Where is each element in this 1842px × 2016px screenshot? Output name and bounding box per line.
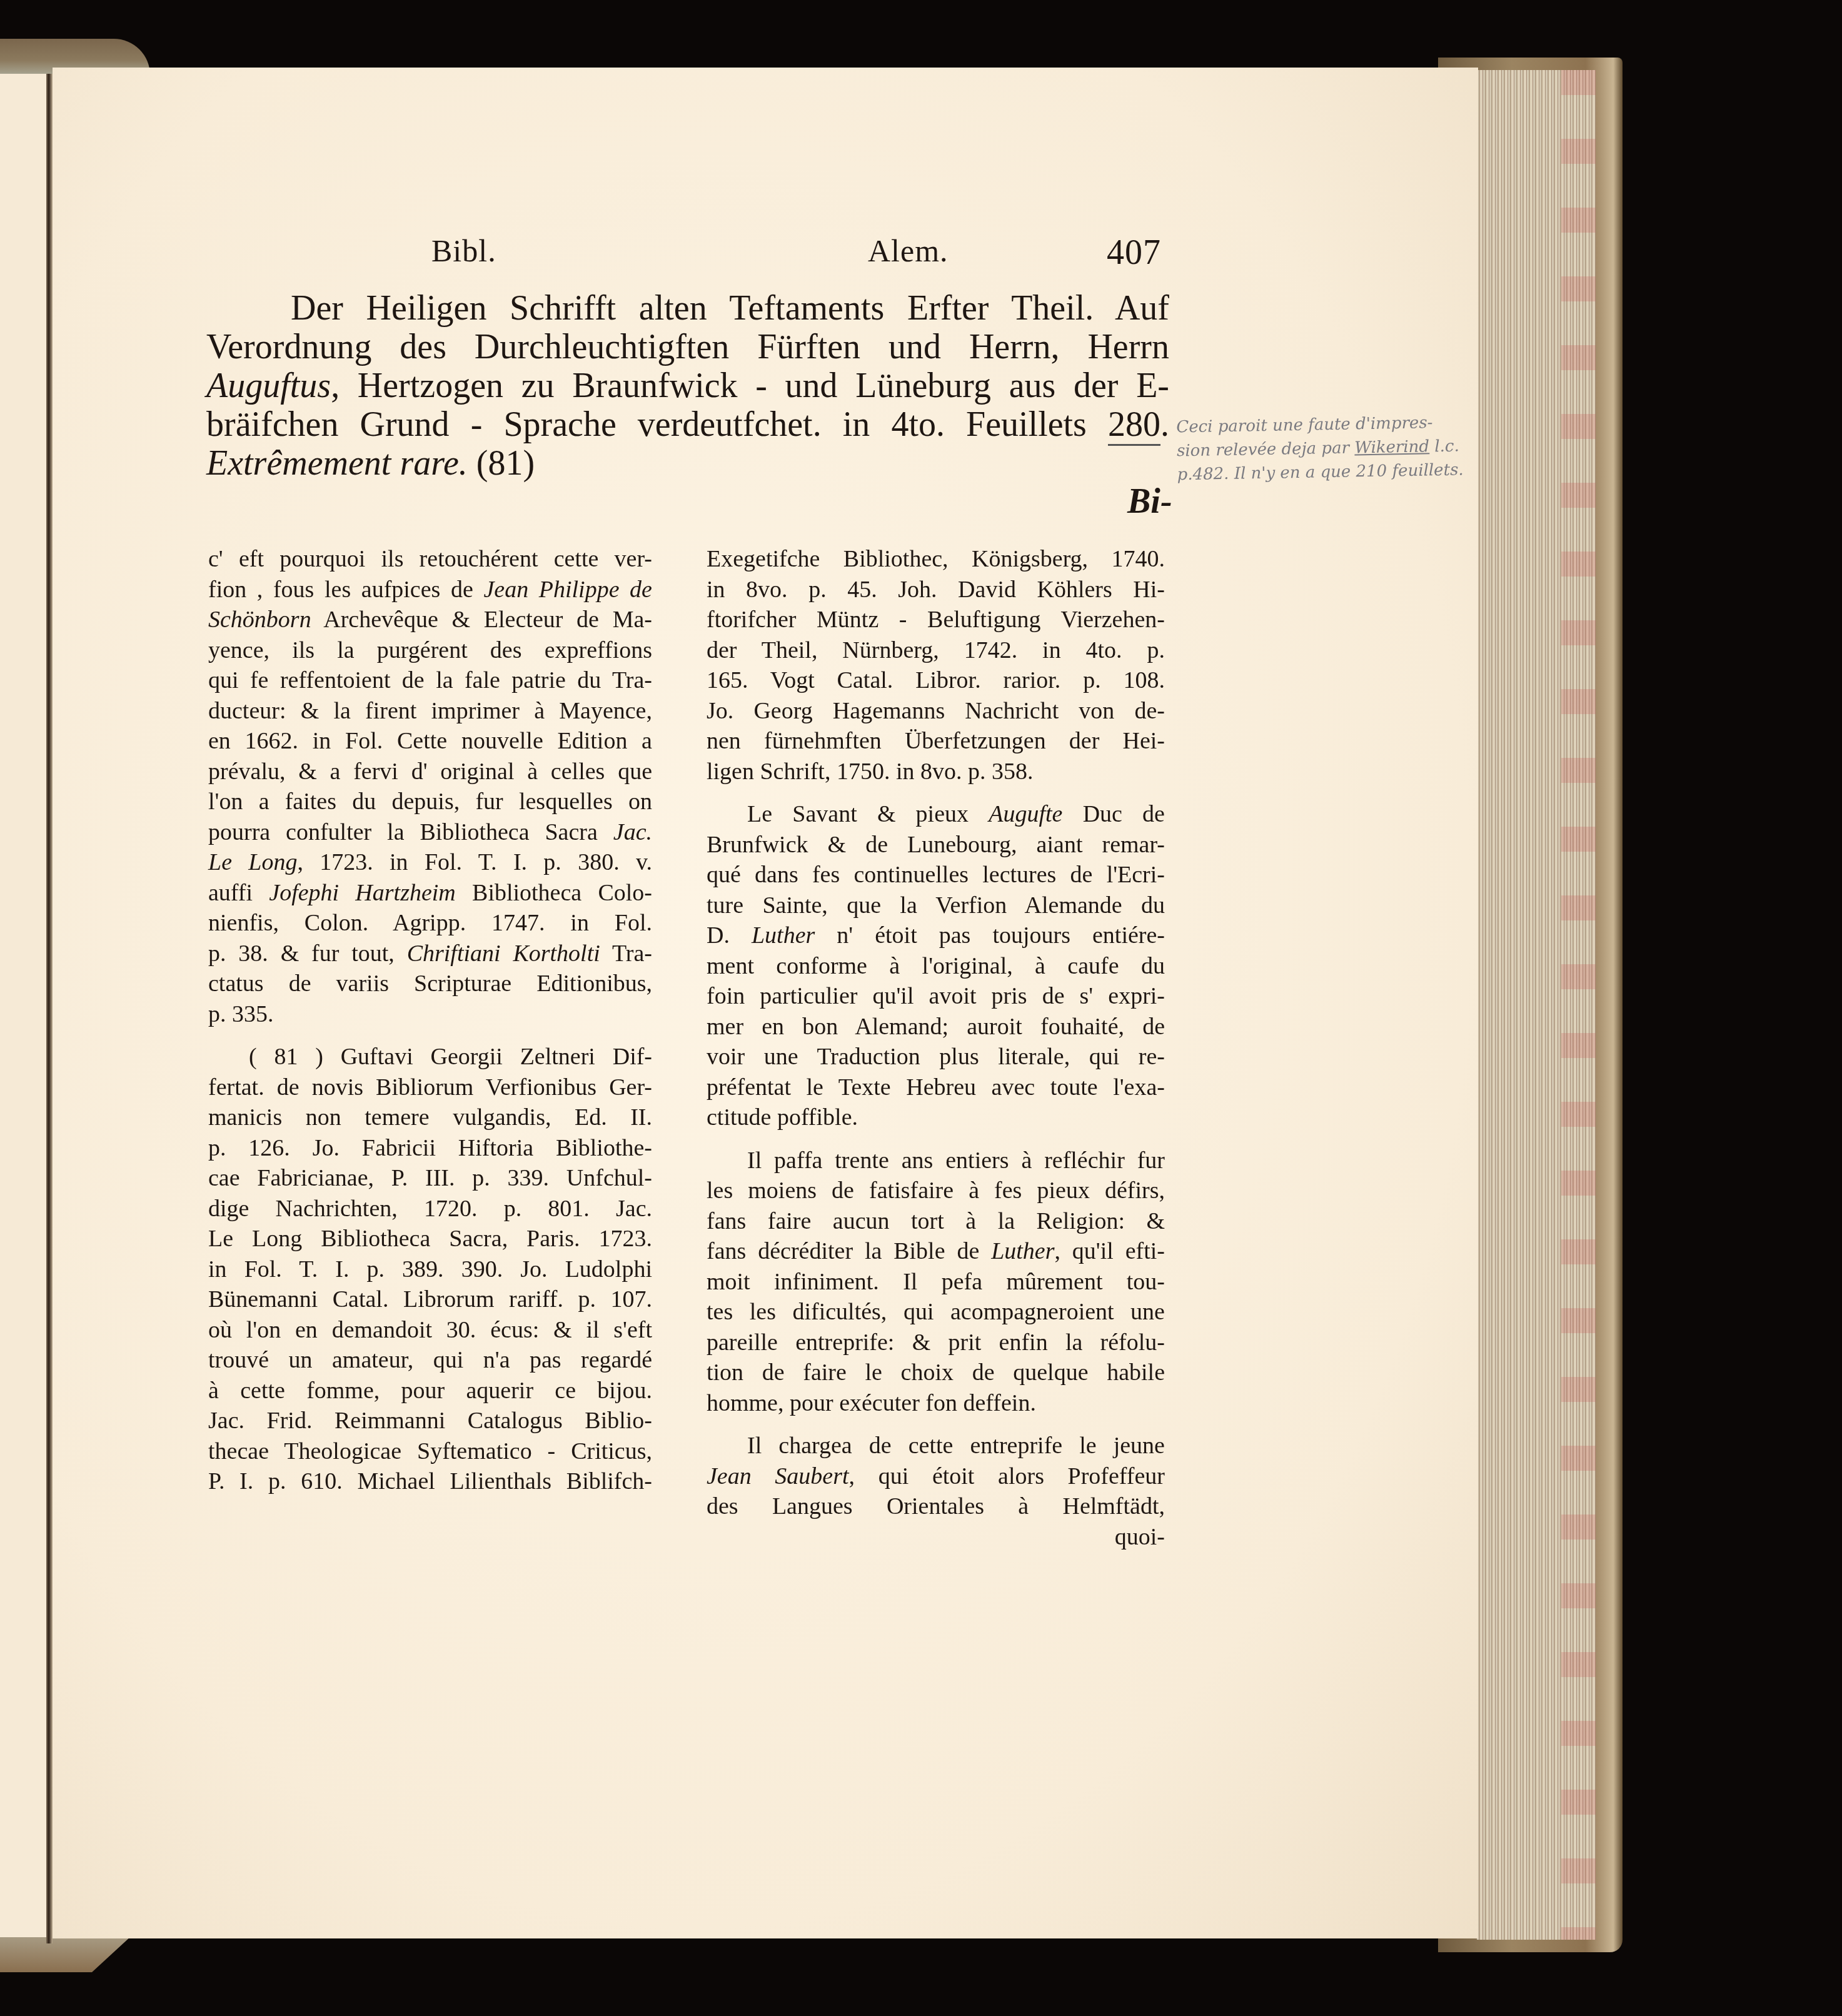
text-line: qué dans fes continuelles lectures de l'…	[707, 860, 1165, 890]
text: Archevêque & Electeur de Ma-	[311, 607, 652, 633]
text-line: fion , fous les aufpices de Jean Philipp…	[208, 575, 652, 605]
text-line: ctatus de variis Scripturae Editionibus,	[208, 969, 652, 999]
text: , qu'il efti-	[1055, 1238, 1165, 1264]
italic-name: Jac.	[613, 819, 652, 845]
footnote-line: Le Long Bibliotheca Sacra, Paris. 1723.	[208, 1224, 652, 1254]
title-italic-name: Auguftus	[206, 366, 331, 405]
text-line: qui fe reffentoient de la fale patrie du…	[208, 665, 652, 696]
text-line: ctitude poffible.	[707, 1102, 1165, 1133]
paragraph-auguste: Le Savant & pieux Augufte Duc de Brunfwi…	[707, 799, 1165, 1133]
text-line: yence, ils la purgérent des expreffions	[208, 635, 652, 666]
bibliographic-entry-title: Der Heiligen Schrifft alten Teftaments E…	[206, 289, 1169, 483]
text-line: ducteur: & la firent imprimer à Mayence,	[208, 696, 652, 727]
text-line: mer en bon Alemand; auroit fouhaité, de	[707, 1012, 1165, 1042]
underlined-leaf-count: 280	[1108, 405, 1160, 446]
text-line: homme, pour exécuter fon deffein.	[707, 1388, 1165, 1419]
text-line: prévalu, & a fervi d' original à celles …	[208, 757, 652, 787]
footnote-line: Jo. Georg Hagemanns Nachricht von de-	[707, 696, 1165, 727]
page-fore-edge	[1477, 70, 1596, 1940]
italic-name: Schönborn	[208, 607, 311, 633]
title-line: bräifchen Grund - Sprache verdeutfchet. …	[206, 405, 1169, 444]
title-line: Verordnung des Durchleuchtigften Fürften…	[206, 328, 1169, 366]
text: p. 38. & fur tout,	[208, 940, 407, 967]
text-line: en 1662. in Fol. Cette nouvelle Edition …	[208, 726, 652, 757]
text-line: auffi Jofephi Hartzheim Bibliotheca Colo…	[208, 878, 652, 909]
italic-name: Luther	[991, 1238, 1054, 1264]
text-line: Jean Saubert, qui étoit alors Profeffeur	[707, 1461, 1165, 1492]
footnote-line: fertat. de novis Bibliorum Verfionibus G…	[208, 1072, 652, 1103]
text-line: Brunfwick & de Lunebourg, aiant remar-	[707, 830, 1165, 860]
footnote-line: ( 81 ) Guftavi Georgii Zeltneri Dif-	[208, 1042, 652, 1072]
footnote-line: p. 126. Jo. Fabricii Hiftoria Bibliothe-	[208, 1133, 652, 1164]
note-underlined-name: Wikerind	[1354, 437, 1429, 457]
text-line: Le Savant & pieux Augufte Duc de	[707, 799, 1165, 830]
catchword-bottom: quoi-	[707, 1522, 1165, 1553]
title-text: .	[1160, 405, 1169, 444]
title-line: Der Heiligen Schrifft alten Teftaments E…	[206, 289, 1169, 328]
footnote-line: der Theil, Nürnberg, 1742. in 4to. p.	[707, 635, 1165, 666]
italic-name: Jean Philippe de	[483, 577, 652, 603]
italic-name: Chriftiani Kortholti	[407, 940, 600, 967]
text-line: moit infiniment. Il pefa mûrement tou-	[707, 1267, 1165, 1298]
footnote-line: in Fol. T. I. p. 389. 390. Jo. Ludolphi	[208, 1254, 652, 1285]
text-line: pareille entreprife: & prit enfin la réf…	[707, 1328, 1165, 1358]
footnote-line: thecae Theologicae Syftematico - Criticu…	[208, 1436, 652, 1467]
text-line: Le Long, 1723. in Fol. T. I. p. 380. v.	[208, 847, 652, 878]
text-line: D. Luther n' étoit pas toujours entiére-	[707, 920, 1165, 951]
footnote-line: ftorifcher Müntz - Beluftigung Vierzehen…	[707, 605, 1165, 635]
title-line: Extrêmement rare. (81)	[206, 444, 1169, 483]
catchword-top: Bi-	[1127, 481, 1172, 522]
running-head-center: Alem.	[868, 233, 949, 269]
facing-page-edge	[0, 74, 46, 1937]
italic-name: Augufte	[989, 801, 1062, 827]
footnote-line: Jac. Frid. Reimmanni Catalogus Biblio-	[208, 1406, 652, 1436]
footnote-line: ligen Schrift, 1750. in 8vo. p. 358.	[707, 757, 1165, 787]
footnote-line: à cette fomme, pour aquerir ce bijou.	[208, 1376, 652, 1406]
text-line: p. 38. & fur tout, Chriftiani Kortholti …	[208, 939, 652, 969]
right-column: Exegetifche Bibliothec, Königsberg, 1740…	[707, 544, 1165, 1552]
footnote-line: nen fürnehmften Überfetzungen der Hei-	[707, 726, 1165, 757]
note-text: sion relevée deja par	[1177, 438, 1355, 460]
text: n' étoit pas toujours entiére-	[815, 922, 1165, 949]
text: auffi	[208, 880, 269, 906]
text-line: ment conforme à l'original, à caufe du	[707, 951, 1165, 982]
footnote-line: 165. Vogt Catal. Libror. rarior. p. 108.	[707, 665, 1165, 696]
text-line: foin particulier qu'il avoit pris de s' …	[707, 981, 1165, 1012]
footnote-continuation: Exegetifche Bibliothec, Königsberg, 1740…	[707, 544, 1165, 787]
text-line: ture Sainte, que la Verfion Alemande du	[707, 890, 1165, 921]
footnote-line: manicis non temere vulgandis, Ed. II.	[208, 1102, 652, 1133]
text-line: des Langues Orientales à Helmftädt,	[707, 1491, 1165, 1522]
footnote-line: où l'on en demandoit 30. écus: & il s'ef…	[208, 1315, 652, 1346]
text: Le Savant & pieux	[747, 801, 989, 827]
footnote-line: cae Fabricianae, P. III. p. 339. Unfchul…	[208, 1163, 652, 1194]
italic-name: Luther	[752, 922, 815, 949]
text-line: Schönborn Archevêque & Electeur de Ma-	[208, 605, 652, 635]
italic-name: Jean Saubert	[707, 1463, 849, 1489]
title-line: Auguftus, Hertzogen zu Braunfwick - und …	[206, 366, 1169, 405]
text: fion , fous les aufpices de	[208, 577, 483, 603]
italic-name: Jofephi Hartzheim	[269, 880, 456, 906]
text-line: tes les dificultés, qui acompagneroient …	[707, 1297, 1165, 1328]
page-number: 407	[1107, 233, 1161, 273]
book-gutter	[46, 74, 53, 1943]
text-line: l'on a faites du depuis, fur lesquelles …	[208, 787, 652, 817]
text-line: c' eft pourquoi ils retouchérent cette v…	[208, 544, 652, 575]
note-text: l.c.	[1429, 436, 1459, 456]
handwritten-marginal-note: Ceci paroit une faute d'impres- sion rel…	[1176, 410, 1490, 487]
text-line: pourra confulter la Bibliotheca Sacra Ja…	[208, 817, 652, 848]
text: pourra confulter la Bibliotheca Sacra	[208, 819, 613, 845]
text: Tra-	[600, 940, 652, 967]
paragraph-continuation: c' eft pourquoi ils retouchérent cette v…	[208, 544, 652, 1029]
rarity-note: Extrêmement rare.	[206, 444, 468, 483]
text-line: Il chargea de cette entreprife le jeune	[707, 1431, 1165, 1461]
running-head-left: Bibl.	[431, 233, 496, 269]
text-line: Il paffa trente ans entiers à refléchir …	[707, 1146, 1165, 1176]
footnote-line: trouvé un amateur, qui n'a pas regardé	[208, 1345, 652, 1376]
text-line: tion de faire le choix de quelque habile	[707, 1358, 1165, 1388]
footnote-line: dige Nachrichten, 1720. p. 801. Jac.	[208, 1194, 652, 1224]
italic-name: Le Long	[208, 849, 297, 875]
paragraph-saubert: Il chargea de cette entreprife le jeune …	[707, 1431, 1165, 1552]
text-line: fans faire aucun tort à la Religion: &	[707, 1206, 1165, 1237]
text: , 1723. in Fol. T. I. p. 380. v.	[297, 849, 652, 875]
text-line: préfentat le Texte Hebreu avec toute l'e…	[707, 1072, 1165, 1103]
text-line: les moiens de fatisfaire à fes pieux déf…	[707, 1176, 1165, 1206]
text-line: nienfis, Colon. Agripp. 1747. in Fol.	[208, 908, 652, 939]
text: fans décréditer la Bible de	[707, 1238, 991, 1264]
footnote-81: ( 81 ) Guftavi Georgii Zeltneri Dif- fer…	[208, 1042, 652, 1497]
paragraph-trente-ans: Il paffa trente ans entiers à refléchir …	[707, 1146, 1165, 1419]
text: Duc de	[1062, 801, 1165, 827]
text-line: voir une Traduction plus literale, qui r…	[707, 1042, 1165, 1072]
footnote-line: in 8vo. p. 45. Joh. David Köhlers Hi-	[707, 575, 1165, 605]
text: Bibliotheca Colo-	[456, 880, 652, 906]
footnote-line: Exegetifche Bibliothec, Königsberg, 1740…	[707, 544, 1165, 575]
footnote-ref: (81)	[468, 444, 535, 483]
footnote-line: P. I. p. 610. Michael Lilienthals Biblif…	[208, 1466, 652, 1497]
title-text: bräifchen Grund - Sprache verdeutfchet. …	[206, 405, 1108, 444]
title-text: , Hertzogen zu Braunfwick - und Lüneburg…	[331, 366, 1169, 405]
footnote-line: Bünemanni Catal. Librorum rariff. p. 107…	[208, 1284, 652, 1315]
text-line: fans décréditer la Bible de Luther, qu'i…	[707, 1236, 1165, 1267]
text-line: p. 335.	[208, 999, 652, 1030]
text: , qui étoit alors Profeffeur	[849, 1463, 1165, 1489]
left-column: c' eft pourquoi ils retouchérent cette v…	[208, 544, 652, 1497]
text: D.	[707, 922, 752, 949]
book-cover-bottom-left	[0, 1936, 131, 1972]
